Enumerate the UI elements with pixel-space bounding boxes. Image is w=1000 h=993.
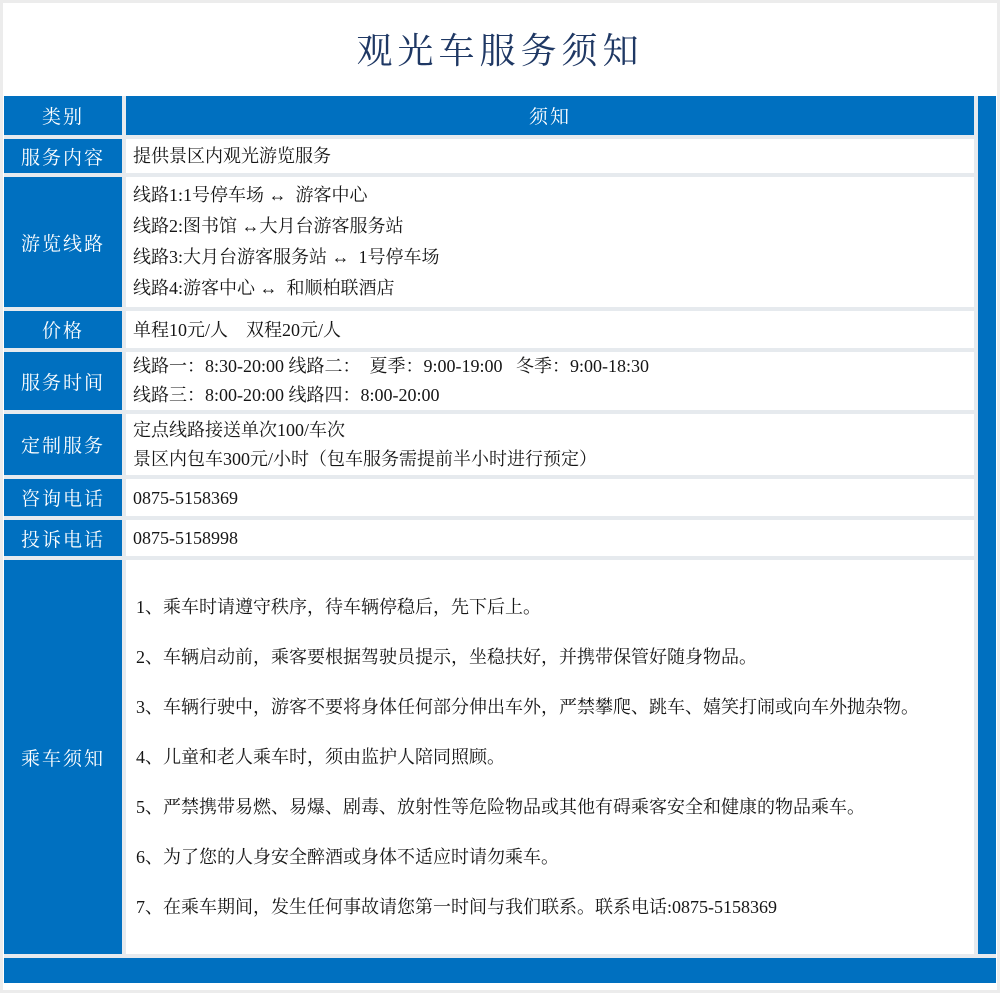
custom-service-line-2: 景区内包车300元/小时（包车服务需提前半小时进行预定） [133, 445, 970, 474]
row-label-inquiry-phone: 咨询电话 [4, 479, 122, 516]
row-label-riding-rules: 乘车须知 [4, 560, 122, 954]
row-value-service-hours: 线路一：8:30-20:00 线路二： 夏季：9:00-19:00 冬季：9:0… [126, 352, 974, 410]
page-title: 观光车服务须知 [356, 23, 643, 74]
complaint-phone-number: 0875-5158998 [133, 525, 970, 551]
price-text: 单程10元/人 双程20元/人 [133, 317, 970, 343]
riding-rule-7: 7、在乘车期间，发生任何事故请您第一时间与我们联系。联系电话:0875-5158… [136, 897, 970, 917]
notice-page: 观光车服务须知 类别 须知 服务内容 提供景区内观光游览服务 游览线路 线路1:… [0, 0, 1000, 993]
row-label-complaint-phone: 投诉电话 [4, 520, 122, 556]
route-4: 线路4:游客中心 ↔ 和顺柏联酒店 [133, 273, 970, 304]
header-category: 类别 [4, 96, 122, 135]
row-label-service-hours: 服务时间 [4, 352, 122, 410]
row-value-inquiry-phone: 0875-5158369 [126, 479, 974, 516]
row-value-custom-service: 定点线路接送单次100/车次 景区内包车300元/小时（包车服务需提前半小时进行… [126, 414, 974, 475]
inquiry-phone-number: 0875-5158369 [133, 485, 970, 511]
row-value-service-content: 提供景区内观光游览服务 [126, 139, 974, 173]
route-1: 线路1:1号停车场 ↔ 游客中心 [133, 180, 970, 211]
row-value-tour-routes: 线路1:1号停车场 ↔ 游客中心 线路2:图书馆 ↔大月台游客服务站 线路3:大… [126, 177, 974, 307]
service-hours-line-2: 线路三：8:00-20:00 线路四：8:00-20:00 [133, 381, 970, 410]
title-area: 观光车服务须知 [4, 4, 996, 92]
riding-rule-6: 6、为了您的人身安全醉酒或身体不适应时请勿乘车。 [136, 847, 970, 867]
service-hours-line-1: 线路一：8:30-20:00 线路二： 夏季：9:00-19:00 冬季：9:0… [133, 352, 970, 381]
notice-table: 类别 须知 服务内容 提供景区内观光游览服务 游览线路 线路1:1号停车场 ↔ … [4, 96, 996, 983]
row-label-custom-service: 定制服务 [4, 414, 122, 475]
table-side-strip [978, 96, 996, 954]
riding-rule-5: 5、严禁携带易燃、易爆、剧毒、放射性等危险物品或其他有碍乘客安全和健康的物品乘车… [136, 797, 970, 817]
riding-rule-2: 2、车辆启动前，乘客要根据驾驶员提示，坐稳扶好，并携带保管好随身物品。 [136, 647, 970, 667]
route-2: 线路2:图书馆 ↔大月台游客服务站 [133, 211, 970, 242]
riding-rule-3: 3、车辆行驶中，游客不要将身体任何部分伸出车外，严禁攀爬、跳车、嬉笑打闹或向车外… [136, 697, 970, 717]
riding-rule-4: 4、儿童和老人乘车时，须由监护人陪同照顾。 [136, 747, 970, 767]
row-value-price: 单程10元/人 双程20元/人 [126, 311, 974, 348]
route-3: 线路3:大月台游客服务站 ↔ 1号停车场 [133, 242, 970, 273]
service-content-text: 提供景区内观光游览服务 [133, 143, 970, 169]
table-footer-bar [4, 958, 996, 983]
row-value-complaint-phone: 0875-5158998 [126, 520, 974, 556]
row-label-service-content: 服务内容 [4, 139, 122, 173]
row-label-tour-routes: 游览线路 [4, 177, 122, 307]
header-notice: 须知 [126, 96, 974, 135]
row-value-riding-rules: 1、乘车时请遵守秩序，待车辆停稳后，先下后上。 2、车辆启动前，乘客要根据驾驶员… [126, 560, 974, 954]
riding-rule-1: 1、乘车时请遵守秩序，待车辆停稳后，先下后上。 [136, 597, 970, 617]
custom-service-line-1: 定点线路接送单次100/车次 [133, 416, 970, 445]
row-label-price: 价格 [4, 311, 122, 348]
